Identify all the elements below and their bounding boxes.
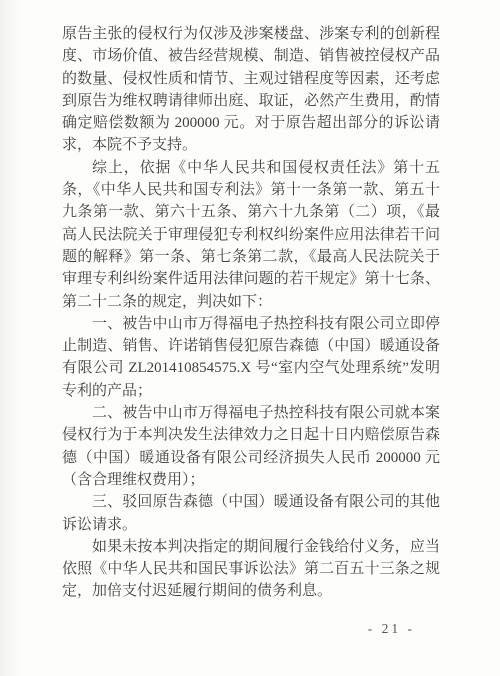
paragraph: 综上，依据《中华人民共和国侵权责任法》第十五条，《中华人民共和国专利法》第十一条… — [62, 157, 440, 313]
document-page: 原告主张的侵权行为仅涉及涉案楼盘、涉案专利的创新程度、市场价值、被告经营规模、制… — [0, 0, 500, 676]
paragraph: 原告主张的侵权行为仅涉及涉案楼盘、涉案专利的创新程度、市场价值、被告经营规模、制… — [62, 23, 440, 157]
scan-edge-shadow — [0, 0, 22, 676]
document-body: 原告主张的侵权行为仅涉及涉案楼盘、涉案专利的创新程度、市场价值、被告经营规模、制… — [62, 23, 440, 603]
paragraph: 二、被告中山市万得福电子热控科技有限公司就本案侵权行为于本判决发生法律效力之日起… — [62, 402, 440, 491]
paragraph: 一、被告中山市万得福电子热控科技有限公司立即停止制造、销售、许诺销售侵犯原告森德… — [62, 313, 440, 402]
page-number: - 21 - — [368, 621, 415, 637]
paragraph: 如果未按本判决指定的期间履行金钱给付义务，应当依照《中华人民共和国民事诉讼法》第… — [62, 536, 440, 603]
paragraph: 三、驳回原告森德（中国）暖通设备有限公司的其他诉讼请求。 — [62, 491, 440, 536]
